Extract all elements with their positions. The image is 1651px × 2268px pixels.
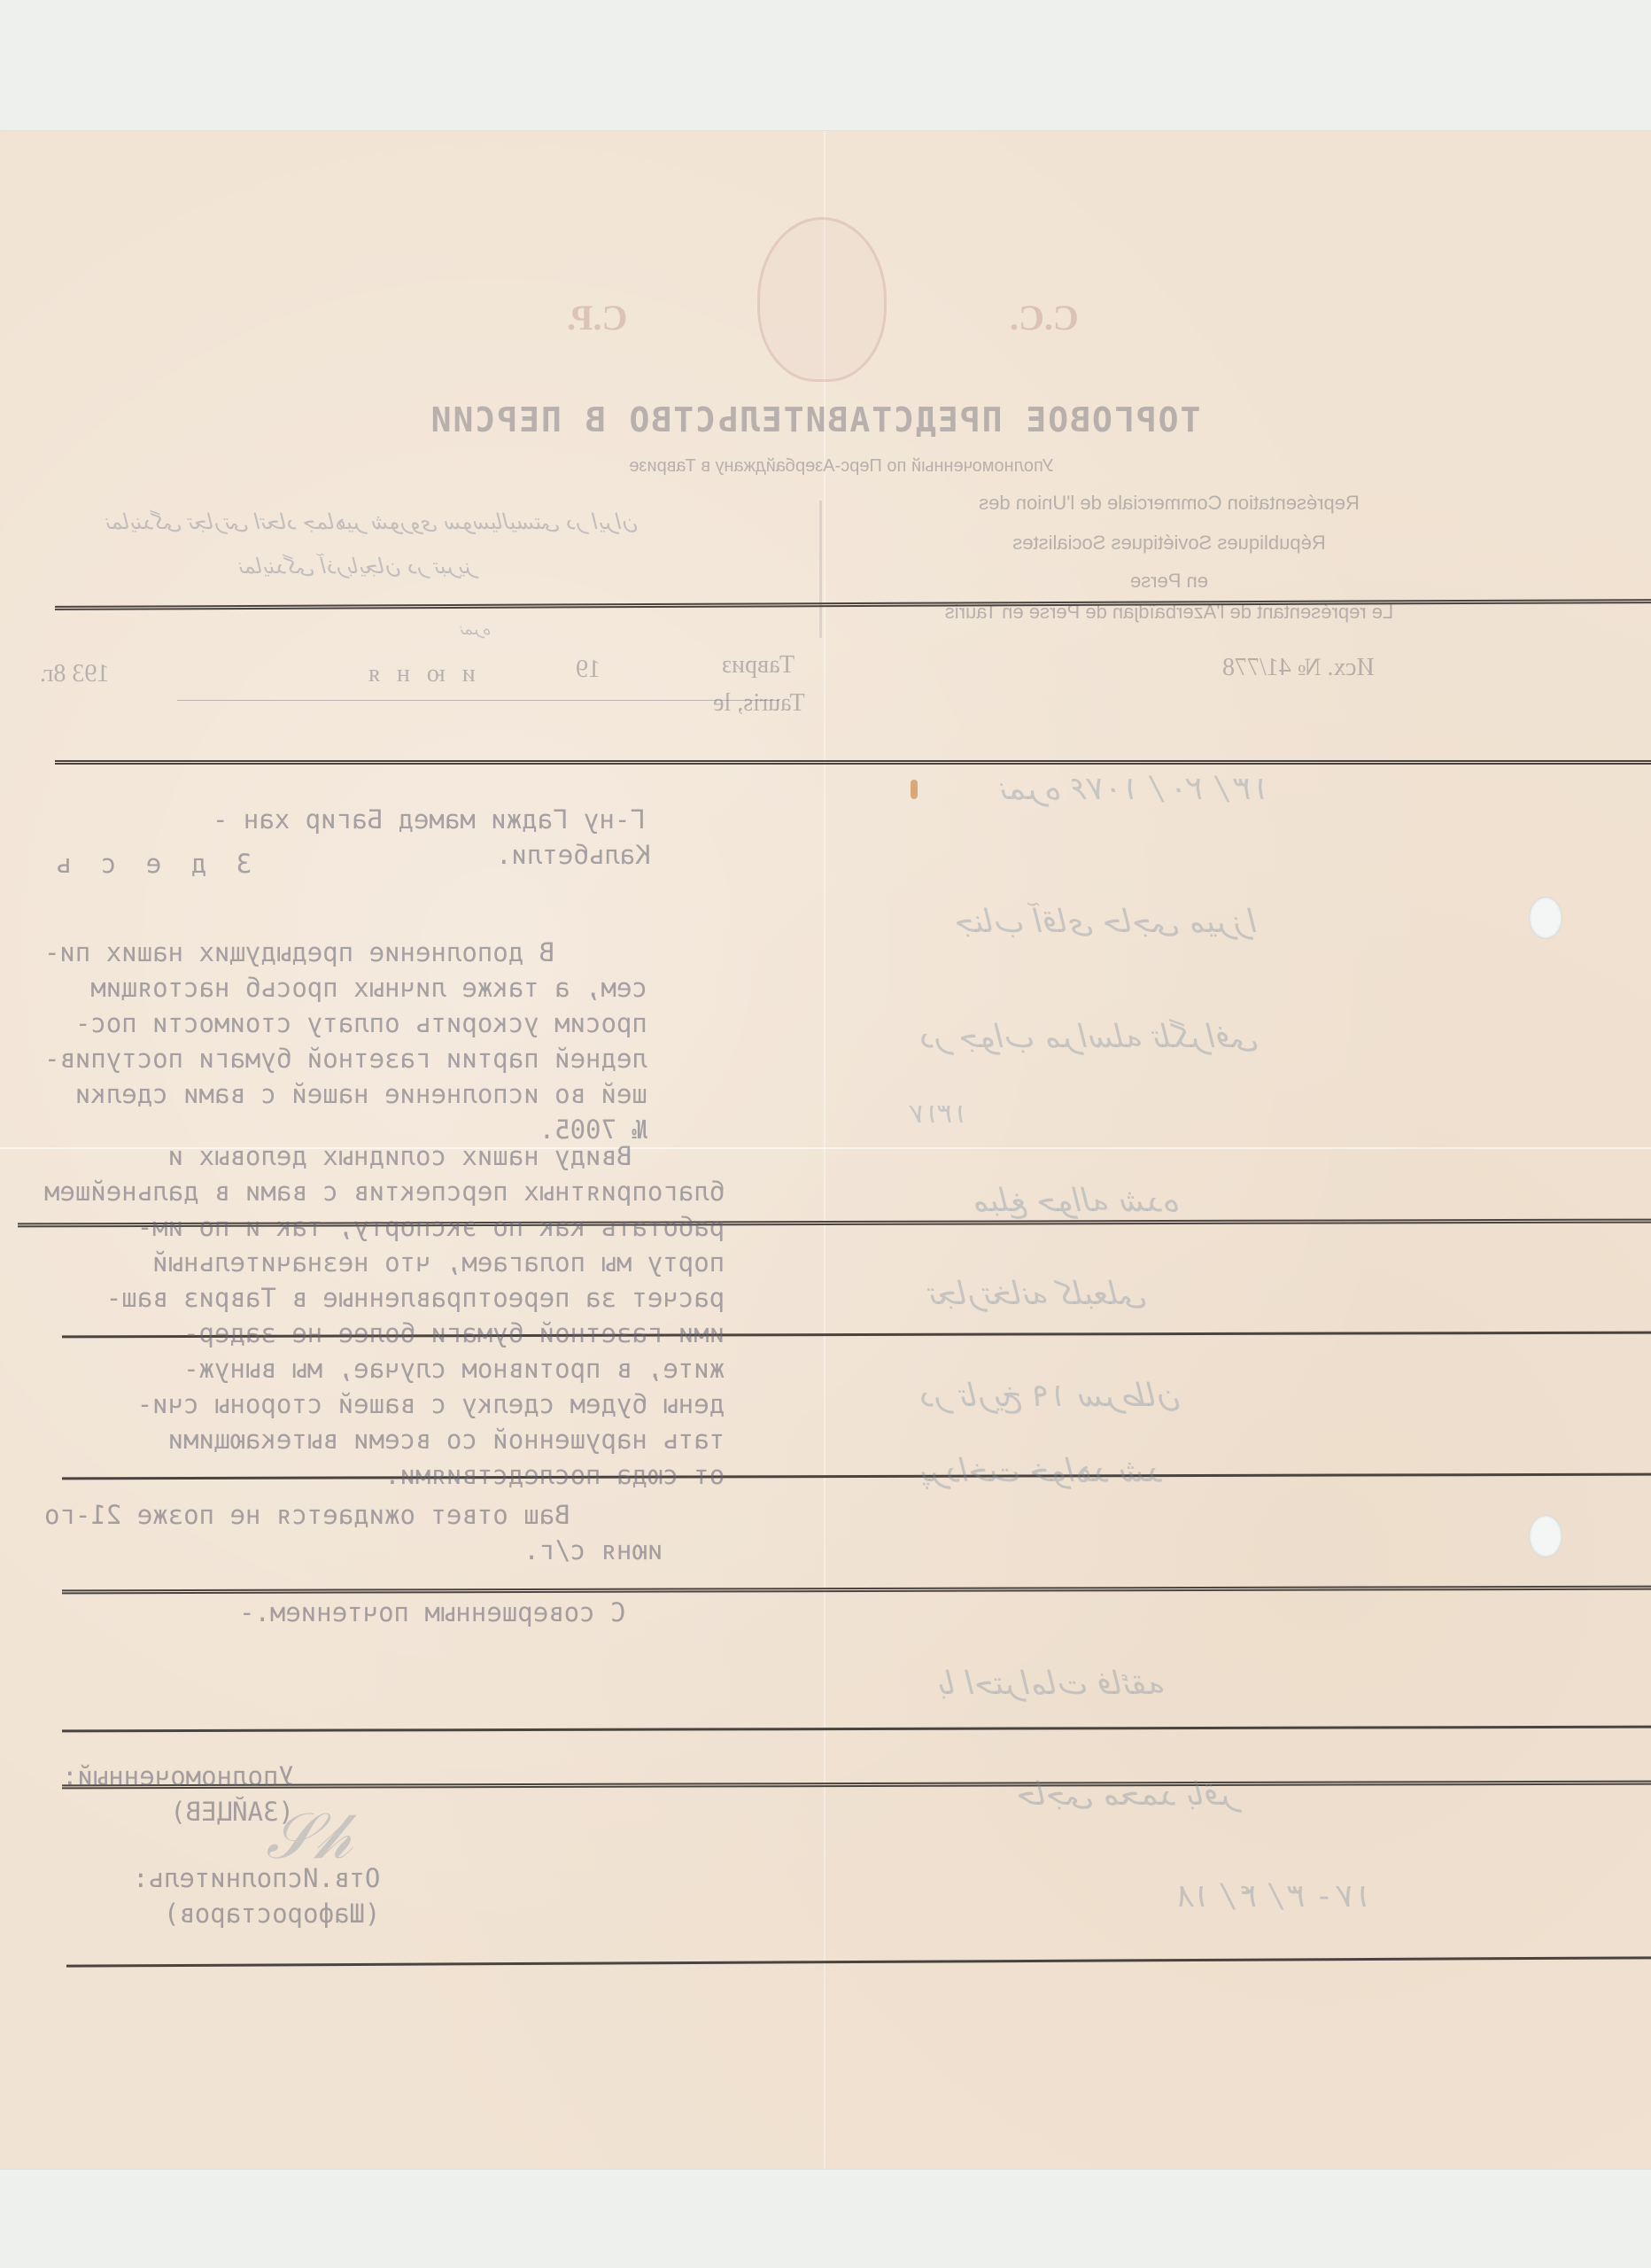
handwritten-note-2: جناب آقای حاجی میرزا bbox=[957, 904, 1260, 940]
handwritten-signature: 𝒮𝒽 bbox=[266, 1798, 352, 1875]
reference-number: Исх. № 41/778 bbox=[1222, 654, 1375, 682]
handwritten-note-5: مبلغ حواله شده bbox=[974, 1183, 1181, 1219]
punch-hole-2 bbox=[1529, 1515, 1562, 1557]
body-paragraph-1: В дополнение предыдущих наших пи- сем, а… bbox=[44, 935, 647, 1147]
letterhead-persian-2: نمایندگی آذربایجان در تبریز bbox=[239, 554, 477, 579]
body-paragraph-3: Ваш ответ ожидается не позже 21-го июня … bbox=[44, 1497, 663, 1568]
closing-salutation: С совершенным почтением.- bbox=[239, 1595, 718, 1630]
addressee-location: З д е с ь bbox=[49, 846, 252, 882]
handwritten-note-1: نمره ۱۰۷۶ / ۲۰ / ۱۳ bbox=[1001, 771, 1272, 807]
date-day: 19 bbox=[576, 656, 601, 684]
date-month: и ю н я bbox=[363, 660, 476, 688]
letterhead-divider bbox=[819, 501, 822, 638]
handwritten-note-4: ۱۳۱۷ bbox=[912, 1099, 969, 1130]
handwritten-note-6: تجارتخانه کلبعلی bbox=[930, 1276, 1148, 1312]
date-year: 193 8г. bbox=[40, 660, 109, 688]
letterhead-persian-number: نمره bbox=[461, 620, 492, 639]
letterhead-persian-1: نمایندگی تجارتی اتحاد جماهیر شوروی سوسیا… bbox=[106, 509, 639, 534]
addressee-line-2: Кальбетли. bbox=[496, 837, 651, 873]
emblem-letters-left: С.С. bbox=[1010, 297, 1079, 338]
handwritten-note-8: پرداخت خواهد شد bbox=[921, 1453, 1164, 1489]
letterhead-french-2: Républiques Soviétiques Socialistes bbox=[824, 532, 1515, 555]
reference-value: 41/778 bbox=[1222, 654, 1291, 681]
reference-label: Исх. № bbox=[1298, 654, 1375, 681]
ussr-emblem-icon bbox=[757, 217, 887, 382]
letterhead-french-1: Représentation Commerciale de l'Union de… bbox=[824, 492, 1515, 515]
body-paragraph-2: Ввиду наших солидных деловых и благоприя… bbox=[44, 1138, 725, 1493]
letterhead-french-3: en Perse bbox=[824, 570, 1515, 593]
emblem-letters-right: С.Р. bbox=[567, 297, 627, 338]
rust-stain bbox=[911, 780, 918, 799]
handwritten-note-10: حاجی محمد باقر bbox=[1019, 1776, 1239, 1813]
addressee-line-1: Г-ну Гаджи мамед Багир хан - bbox=[213, 802, 646, 837]
handwritten-note-11: ۱۷ - ۳ / ۴ / ۱۸ bbox=[1178, 1878, 1374, 1915]
punch-hole-1 bbox=[1529, 897, 1562, 939]
date-city-fr: Tauris, le bbox=[713, 689, 805, 718]
handwritten-note-3: در جواب مراسله تلگرافی bbox=[921, 1019, 1260, 1055]
date-underline bbox=[177, 700, 779, 701]
handwritten-note-7: در تاریخ ۱۹ سرطان bbox=[921, 1378, 1182, 1414]
letterhead-subtitle: Уполномоченный по Перс-Азербайджану в Та… bbox=[443, 456, 1240, 477]
letterhead-title: ТОРГОВОЕ ПРЕДСТАВИТЕЛЬСТВО В ПЕРСИИ bbox=[283, 400, 1346, 439]
handwritten-note-9: با احترامات فائقه bbox=[939, 1666, 1167, 1702]
ruled-line-2 bbox=[55, 760, 1651, 765]
signature-label-1: Уполномоченный: bbox=[62, 1761, 294, 1791]
signature-name-2: (Шафоростаров) bbox=[164, 1899, 380, 1929]
date-city-ru: Тавриз bbox=[722, 651, 794, 680]
